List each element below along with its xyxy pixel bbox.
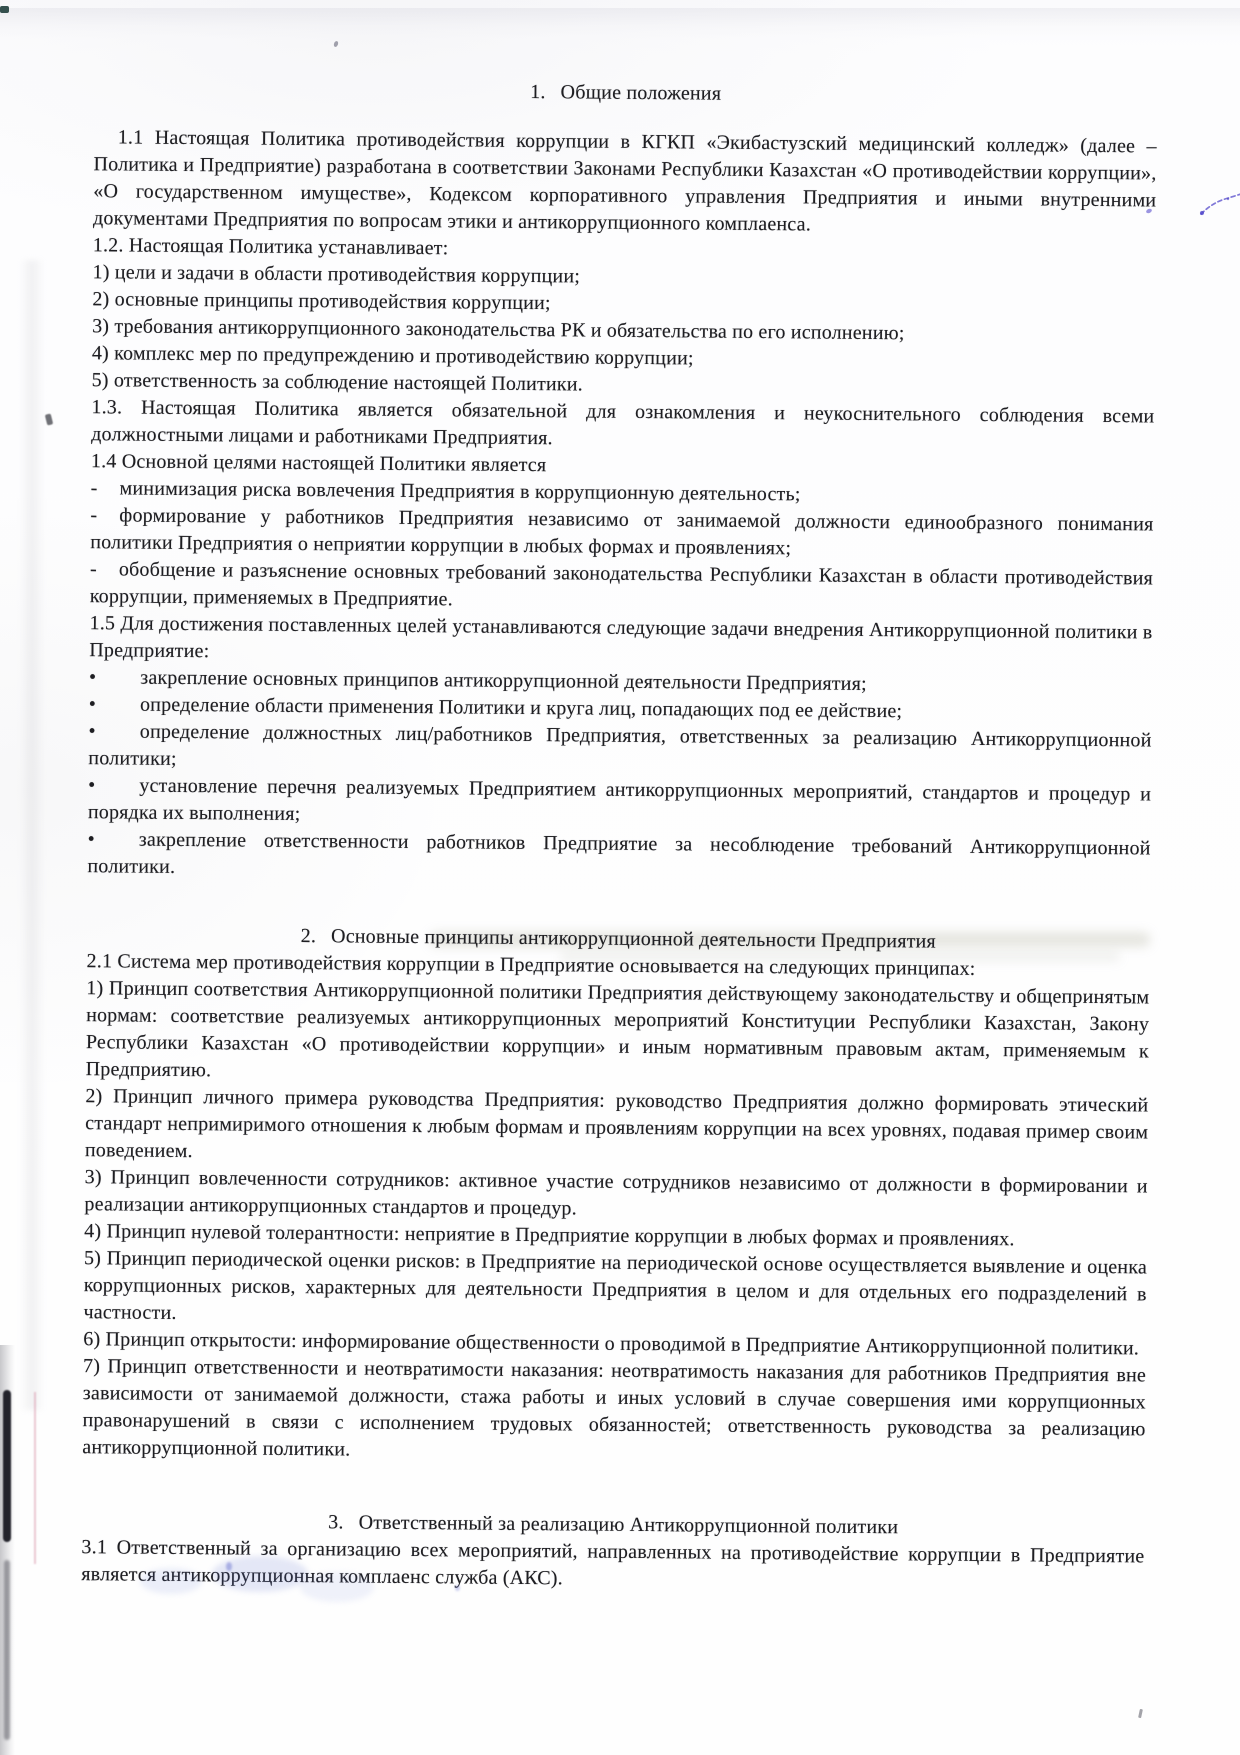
bullet-marker: • bbox=[89, 693, 96, 715]
scan-pink-line bbox=[34, 1392, 36, 1564]
section-title: Основные принципы антикоррупционной деят… bbox=[331, 925, 936, 952]
section-1-heading: 1.Общие положения bbox=[94, 75, 1157, 111]
bullet-marker: • bbox=[89, 666, 96, 688]
scanned-page: 1.Общие положения 1.1 Настоящая Политика… bbox=[0, 0, 1240, 1755]
bullet-list-item: •установление перечня реализуемых Предпр… bbox=[88, 772, 1151, 835]
principle-item: 5) Принцип периодической оценки рисков: … bbox=[83, 1245, 1147, 1335]
list-item-text: закрепление ответственности работников П… bbox=[87, 829, 1150, 878]
blue-ink-smudge bbox=[212, 1556, 308, 1592]
list-item-text: установление перечня реализуемых Предпри… bbox=[88, 775, 1151, 825]
list-item-text: формирование у работников Предприятия не… bbox=[90, 504, 1153, 559]
section-number: 2. bbox=[301, 925, 317, 947]
bullet-marker: • bbox=[88, 774, 95, 796]
bullet-marker: • bbox=[89, 720, 96, 742]
bullet-marker: • bbox=[88, 828, 95, 850]
scan-corner-speck bbox=[0, 6, 9, 13]
list-item-text: минимизация риска вовлечения Предприятия… bbox=[119, 477, 800, 505]
principle-item: 7) Принцип ответственности и неотвратимо… bbox=[82, 1353, 1146, 1470]
scan-speck bbox=[1138, 1709, 1143, 1718]
paragraph-1-1: 1.1 Настоящая Политика противодействия к… bbox=[93, 124, 1157, 241]
section-title: Ответственный за реализацию Антикоррупци… bbox=[359, 1512, 899, 1539]
paragraph-1-5: 1.5 Для достижения поставленных целей ус… bbox=[89, 610, 1152, 673]
section-title: Общие положения bbox=[561, 81, 722, 104]
list-marker: - bbox=[90, 558, 97, 580]
principle-item: 2) Принцип личного примера руководства П… bbox=[85, 1083, 1149, 1173]
list-marker: - bbox=[91, 477, 98, 499]
list-item-text: обобщение и разъяснение основных требова… bbox=[90, 558, 1153, 610]
scan-grey-streak bbox=[4, 1560, 10, 1740]
blue-ink-smudge bbox=[140, 1568, 202, 1594]
list-item-text: определение области применения Политики … bbox=[140, 694, 902, 723]
principle-item: 3) Принцип вовлеченности сотрудников: ак… bbox=[84, 1164, 1147, 1227]
principle-item: 1) Принцип соответствия Антикоррупционно… bbox=[86, 975, 1150, 1092]
dash-list-item: -формирование у работников Предприятия н… bbox=[90, 502, 1153, 565]
dash-list-item: -обобщение и разъяснение основных требов… bbox=[90, 556, 1153, 619]
blue-ink-dot bbox=[226, 1562, 232, 1571]
section-number: 1. bbox=[530, 81, 546, 103]
blue-pen-stroke bbox=[1198, 192, 1240, 227]
bullet-list-item: •определение должностных лиц/работников … bbox=[88, 718, 1151, 781]
list-marker: - bbox=[90, 504, 97, 526]
scan-black-streak bbox=[3, 1390, 11, 1542]
blue-ink-dot bbox=[455, 1585, 460, 1591]
paragraph-1-3: 1.3. Настоящая Политика является обязате… bbox=[91, 394, 1154, 457]
list-item-text: определение должностных лиц/работников П… bbox=[88, 721, 1151, 770]
blue-ink-smudge bbox=[300, 1572, 374, 1602]
document-body: 1.Общие положения 1.1 Настоящая Политика… bbox=[0, 0, 1240, 1598]
bullet-list-item: •закрепление ответственности работников … bbox=[87, 826, 1150, 889]
list-item-text: закрепление основных принципов антикорру… bbox=[140, 667, 867, 695]
section-number: 3. bbox=[328, 1511, 344, 1533]
